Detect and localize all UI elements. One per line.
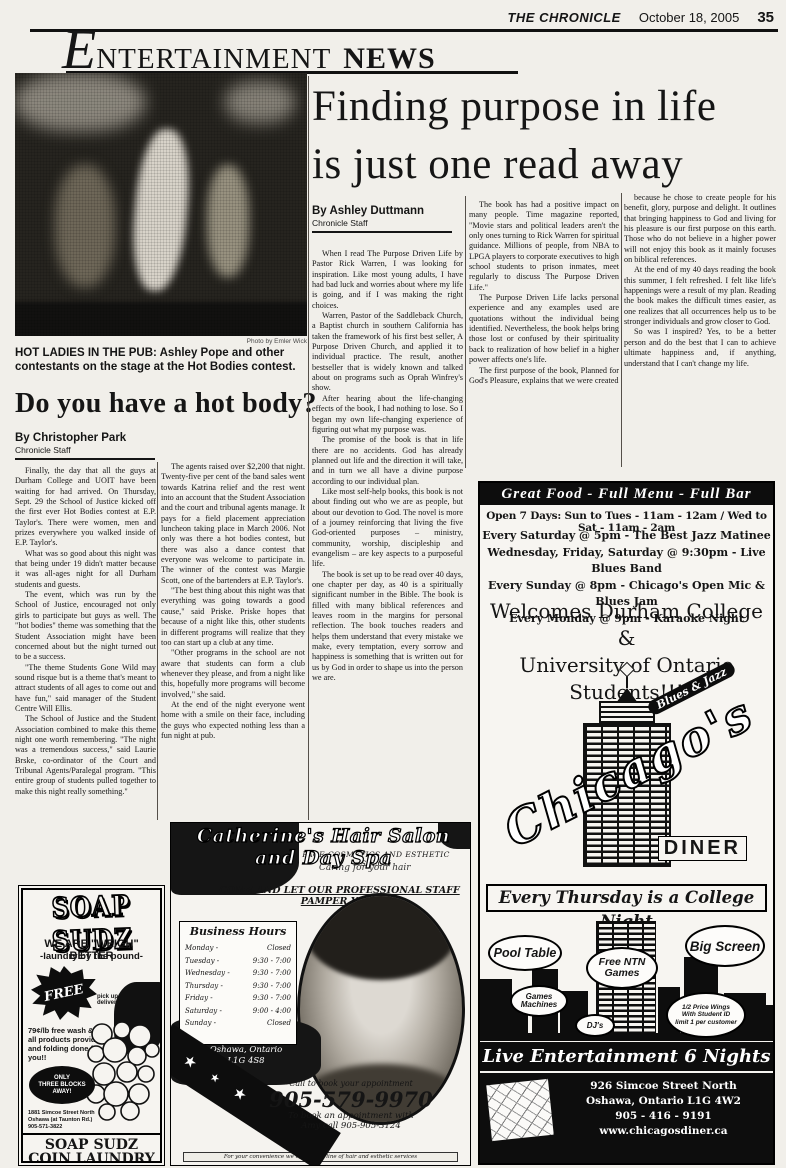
article-paragraph: The book has had a positive impact on ma… — [469, 200, 619, 293]
article-paragraph: At the end of the night everyone went ho… — [161, 700, 305, 741]
byline-name: By Christopher Park — [15, 432, 155, 444]
phone-number: 905 - 416 - 9191 — [558, 1109, 769, 1124]
newspaper-page: THE CHRONICLE October 18, 2005 35 ENTERT… — [0, 0, 786, 1168]
column-divider — [157, 462, 158, 820]
address-line: Oshawa, Ontario L1G 4W2 — [558, 1094, 769, 1109]
three-blocks-blob: ONLY THREE BLOCKS AWAY! — [29, 1066, 95, 1104]
article-paragraph: The School of Justice and the Student As… — [15, 714, 156, 797]
skyline-graphic: Pool Table Big Screen Free NTN Games Gam… — [480, 915, 773, 1041]
hours-row: Tuesday -9:30 - 7:00 — [185, 955, 291, 968]
ad-footer: 926 Simcoe Street North Oshawa, Ontario … — [480, 1073, 773, 1163]
phone-block: Call to book your appointment 905-579-99… — [243, 1079, 459, 1131]
logo-diner-text: DINER — [658, 836, 747, 861]
hours-row: Wednesday -9:30 - 7:00 — [185, 967, 291, 980]
hot-body-headline: Do you have a hot body? — [15, 388, 317, 420]
page-number: 35 — [757, 9, 774, 26]
article-paragraph: Warren, Pastor of the Saddleback Church,… — [312, 311, 463, 394]
masthead: THE CHRONICLE October 18, 2005 35 — [507, 9, 774, 26]
hot-body-byline: By Christopher Park Chronicle Staff — [15, 432, 155, 460]
hours-row: Saturday -9:00 - 4:00 — [185, 1005, 291, 1018]
purpose-headline: Finding purpose in life is just one read… — [312, 78, 778, 194]
hot-body-column-2: The agents raised over $2,200 that night… — [161, 462, 305, 820]
article-paragraph: "The theme Students Gone Wild may sound … — [15, 663, 156, 715]
article-paragraph: because he chose to create people for hi… — [624, 193, 776, 265]
bubble-games-machines: Games Machines — [510, 985, 568, 1017]
soap-sudz-ad: SOAP SUDZ WE ARE "WEIGH" BETTER -laundry… — [18, 885, 165, 1166]
headline-line2: is just one read away — [312, 136, 778, 194]
article-paragraph: What was so good about this night was th… — [15, 549, 156, 590]
byline-rule — [312, 231, 452, 233]
footer-name-line2: COIN LAUNDRY — [23, 1151, 160, 1163]
phone-number: 905-579-9970 — [243, 1088, 459, 1111]
map-thumbnail — [486, 1079, 554, 1141]
banner-initial: E — [62, 26, 96, 74]
bubble-half-price-wings: 1/2 Price Wings With Student ID limit 1 … — [666, 992, 746, 1038]
hot-body-column-1: Finally, the day that all the guys at Du… — [15, 466, 156, 885]
college-night-banner: Every Thursday is a College Night — [486, 884, 767, 912]
byline-role: Chronicle Staff — [15, 445, 155, 455]
article-paragraph: The event, which was run by the School o… — [15, 590, 156, 662]
hours-row: Monday -Closed — [185, 942, 291, 955]
bubble-big-screen: Big Screen — [685, 925, 765, 967]
website-url: www.chicagosdiner.ca — [558, 1124, 769, 1139]
column-divider — [465, 196, 466, 468]
purpose-byline: By Ashley Duttmann Chronicle Staff — [312, 205, 452, 233]
article-paragraph: The promise of the book is that in life … — [312, 435, 463, 487]
article-paragraph: So was I inspired? Yes, to be a better p… — [624, 327, 776, 368]
article-paragraph: At the end of my 40 days reading the boo… — [624, 265, 776, 327]
hours-row: Thursday -9:30 - 7:00 — [185, 980, 291, 993]
column-divider — [621, 193, 622, 467]
halftone-overlay — [15, 73, 307, 336]
hours-row: Friday -9:30 - 7:00 — [185, 992, 291, 1005]
byline-name: By Ashley Duttmann — [312, 205, 452, 217]
slogan-line2: -laundry by the pound- — [23, 951, 160, 962]
purpose-column-3: because he chose to create people for hi… — [624, 193, 776, 465]
salon-title: Catherine's Hair Salon and Day Spa — [181, 825, 466, 869]
section-banner: ENTERTAINMENT NEWS — [62, 26, 436, 76]
byline-rule — [15, 458, 155, 460]
purpose-column-1: When I read The Purpose Driven Life by P… — [312, 249, 463, 820]
photo-credit: Photo by Emler Wick — [15, 338, 307, 345]
address-block: 1881 Simcoe Street North Oshawa (at Taun… — [28, 1110, 95, 1131]
article-paragraph: "The best thing about this night was tha… — [161, 586, 305, 648]
ad-header-bar: Great Food - Full Menu - Full Bar — [480, 483, 773, 505]
byline-role: Chronicle Staff — [312, 218, 452, 228]
contest-photo — [15, 73, 307, 336]
hours-row: Sunday -Closed — [185, 1017, 291, 1030]
bubble-free-ntn-games: Free NTN Games — [586, 947, 658, 989]
bubble-pool-table: Pool Table — [488, 935, 562, 971]
issue-date: October 18, 2005 — [639, 10, 739, 25]
caption-lead: HOT LADIES IN THE PUB: — [15, 347, 157, 359]
paper-name: THE CHRONICLE — [507, 10, 620, 25]
business-hours-box: Business Hours Monday -Closed Tuesday -9… — [179, 921, 297, 1045]
event-line: Every Saturday @ 5pm - The Best Jazz Mat… — [482, 528, 771, 545]
headline-line1: Finding purpose in life — [312, 78, 778, 136]
column-divider — [308, 76, 309, 820]
article-paragraph: After hearing about the life-changing ef… — [312, 394, 463, 435]
address-line: 926 Simcoe Street North — [558, 1079, 769, 1094]
free-starburst: FREE — [31, 966, 97, 1020]
chicagos-logo-graphic: Blues & Jazz Chicago's DINER — [480, 653, 773, 881]
photo-caption: HOT LADIES IN THE PUB: Ashley Pope and o… — [15, 347, 307, 374]
article-paragraph: The book is set up to be read over 40 da… — [312, 570, 463, 684]
hours-title: Business Hours — [185, 925, 291, 938]
salon-ad: Catherine's Hair Salon and Day Spa FACE … — [170, 822, 471, 1166]
purpose-column-2: The book has had a positive impact on ma… — [469, 200, 619, 470]
article-paragraph: Finally, the day that all the guys at Du… — [15, 466, 156, 549]
article-paragraph: When I read The Purpose Driven Life by P… — [312, 249, 463, 311]
welcome-line1: Welcomes Durham College & — [480, 598, 773, 652]
address-block: 926 Simcoe Street North Oshawa, Ontario … — [558, 1079, 769, 1139]
article-paragraph: The Purpose Driven Life lacks personal e… — [469, 293, 619, 365]
bubble-djs: DJ's — [575, 1014, 615, 1037]
chicagos-diner-ad: Great Food - Full Menu - Full Bar Open 7… — [478, 481, 775, 1165]
article-paragraph: The agents raised over $2,200 that night… — [161, 462, 305, 586]
live-entertainment-banner: Live Entertainment 6 Nights a Week — [480, 1042, 773, 1071]
article-paragraph: The first purpose of the book, Planned f… — [469, 366, 619, 387]
article-paragraph: Like most self-help books, this book is … — [312, 487, 463, 570]
event-line: Wednesday, Friday, Saturday @ 9:30pm - L… — [482, 545, 771, 578]
article-paragraph: "Other programs in the school are not aw… — [161, 648, 305, 700]
